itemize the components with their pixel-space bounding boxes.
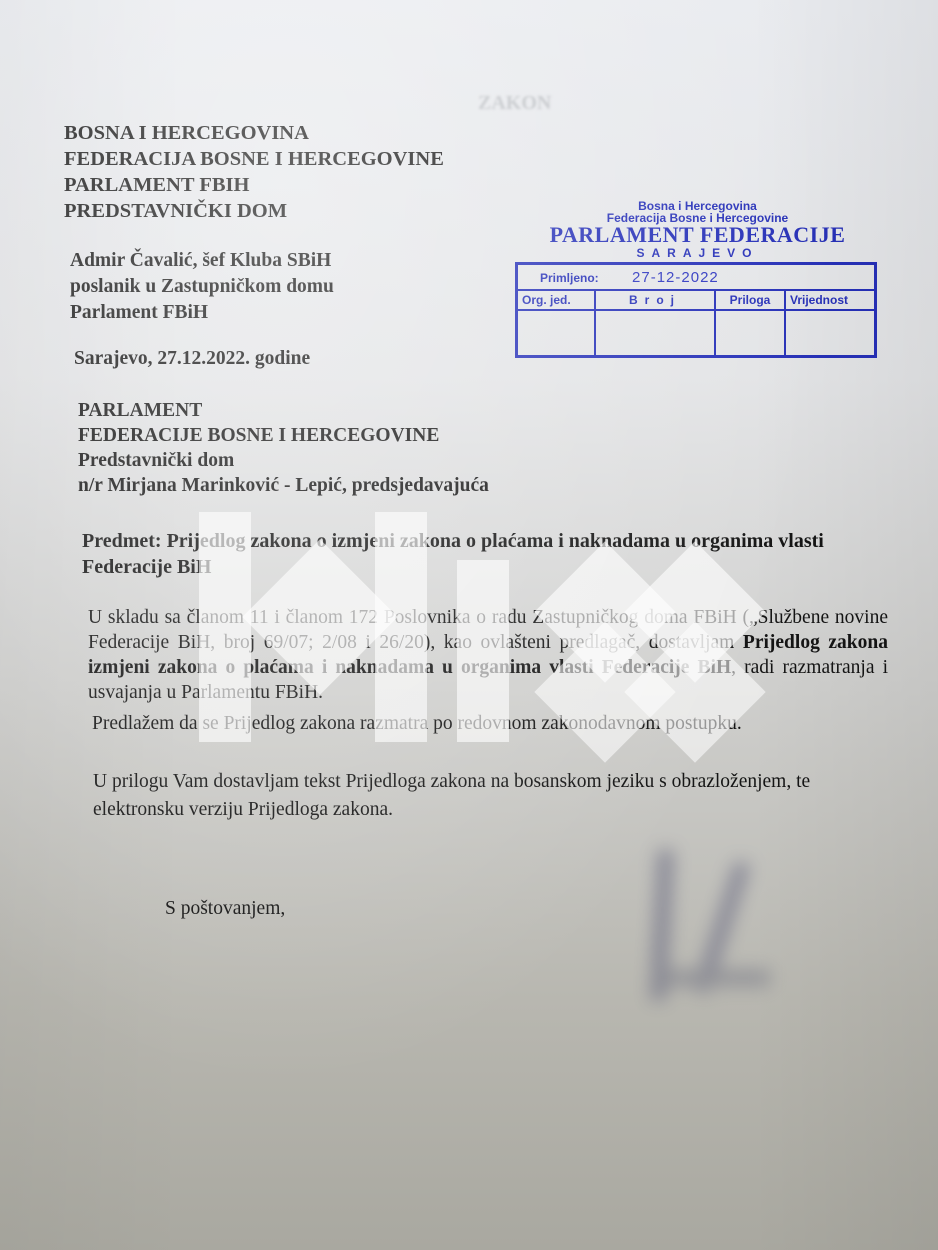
body-paragraph-3: U prilogu Vam dostavljam tekst Prijedlog… [93,768,893,824]
recipient-line: n/r Mirjana Marinković - Lepić, predsjed… [78,473,489,498]
document-page: ZAKON BOSNA I HERCEGOVINA FEDERACIJA BOS… [0,0,938,1250]
recipient-line: Predstavnički dom [78,448,489,473]
letterhead-line: PREDSTAVNIČKI DOM [64,198,444,224]
body-paragraph-1: U skladu sa članom 11 i članom 172 Poslo… [88,605,888,705]
stamp-received-label: Primljeno: [540,271,599,285]
stamp-col-org: Org. jed. [517,290,596,310]
stamp-cell-org [517,310,596,357]
stamp-col-value: Vrijednost [785,290,876,310]
stamp-received-date: 27-12-2022 [632,269,719,286]
stamp-table: Primljeno: 27-12-2022 Org. jed. Broj Pri… [515,262,877,358]
closing-salutation: S poštovanjem, [165,898,285,920]
stamp-col-number: Broj [595,290,715,310]
sender-line: poslanik u Zastupničkom domu [70,274,334,300]
recipient-line: FEDERACIJE BOSNE I HERCEGOVINE [78,423,489,448]
stamp-col-attachments: Priloga [715,290,785,310]
stamp-cell-attachments [715,310,785,357]
stamp-line-city: SARAJEVO [515,246,880,260]
recipient-line: PARLAMENT [78,398,489,423]
received-stamp: Bosna i Hercegovina Federacija Bosne i H… [515,200,880,358]
blurred-signature [620,840,780,1010]
letterhead-line: FEDERACIJA BOSNE I HERCEGOVINE [64,146,444,172]
letterhead: BOSNA I HERCEGOVINA FEDERACIJA BOSNE I H… [64,120,444,224]
stamp-cell-value [785,310,876,357]
sender-line: Admir Čavalić, šef Kluba SBiH [70,248,334,274]
bleed-through-heading: ZAKON [478,92,551,115]
stamp-received-cell: Primljeno: 27-12-2022 [517,264,876,291]
body-paragraph-2: Predlažem da se Prijedlog zakona razmatr… [92,713,742,735]
subject-line: Predmet: Prijedlog zakona o izmjeni zako… [82,528,887,580]
date-line: Sarajevo, 27.12.2022. godine [74,348,310,370]
letterhead-line: PARLAMENT FBIH [64,172,444,198]
stamp-line-parliament: PARLAMENT FEDERACIJE [515,224,880,246]
recipient-block: PARLAMENT FEDERACIJE BOSNE I HERCEGOVINE… [78,398,489,498]
letterhead-line: BOSNA I HERCEGOVINA [64,120,444,146]
sender-block: Admir Čavalić, šef Kluba SBiH poslanik u… [70,248,334,326]
sender-line: Parlament FBiH [70,300,334,326]
stamp-cell-number [595,310,715,357]
